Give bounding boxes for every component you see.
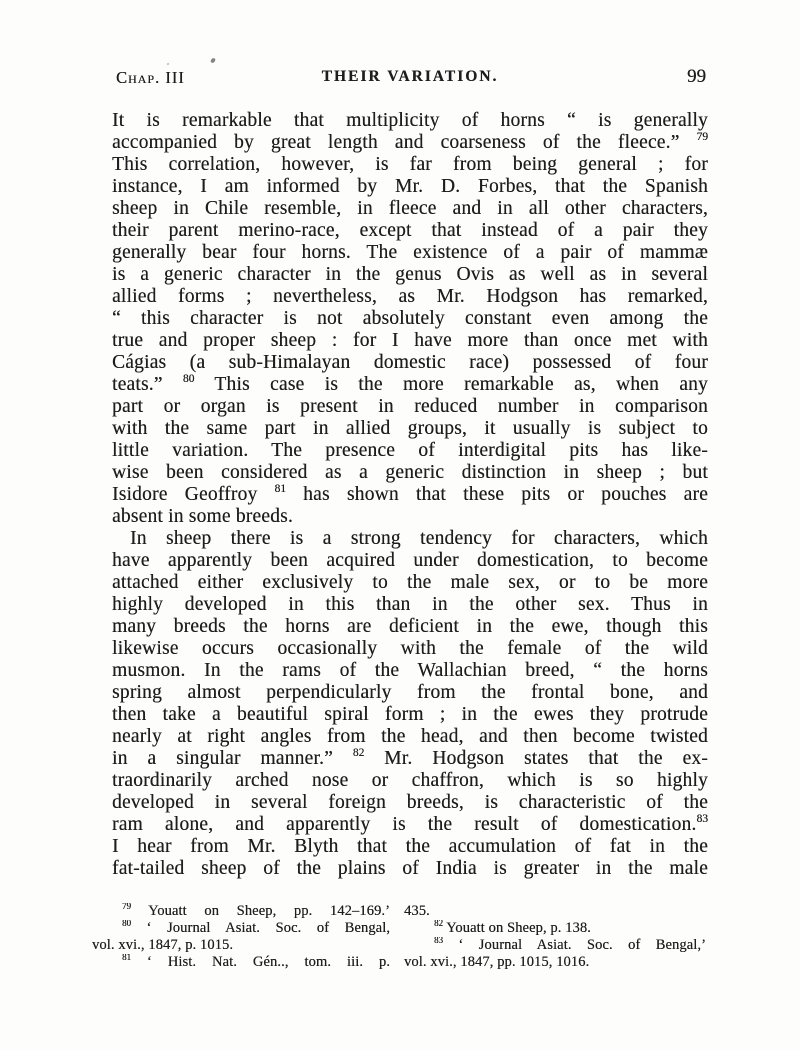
body-line: “ this character is not absolutely const… <box>112 308 708 330</box>
body-line: allied forms ; nevertheless, as Mr. Hodg… <box>112 286 708 308</box>
footnote-line: 81 ‘ Hist. Nat. Gén.., tom. iii. p. <box>92 954 390 971</box>
body-line: true and proper sheep : for I have more … <box>112 330 708 352</box>
footnote-ref: 83 <box>697 814 709 825</box>
footnote-ref: 79 <box>122 903 131 911</box>
body-line: It is remarkable that multiplicity of ho… <box>112 110 708 132</box>
body-line: generally bear four horns. The existence… <box>112 242 708 264</box>
body-line: Cágias (a sub-Himalayan domestic race) p… <box>112 352 708 374</box>
body-line: highly developed in this than in the oth… <box>112 594 708 616</box>
body-line: absent in some breeds. <box>112 506 708 528</box>
body-line: have apparently been acquired under dome… <box>112 550 708 572</box>
chapter-label: Chap. III <box>116 68 185 88</box>
ink-speck <box>167 63 169 65</box>
body-line: many breeds the horns are deficient in t… <box>112 616 708 638</box>
footnote-ref: 80 <box>183 374 195 385</box>
body-line: I hear from Mr. Blyth that the accumulat… <box>112 836 708 858</box>
body-line: their parent merino-race, except that in… <box>112 220 708 242</box>
body-line: fat-tailed sheep of the plains of India … <box>112 858 708 880</box>
page-number: 99 <box>687 66 706 88</box>
footnote-line: 83 ‘ Journal Asiat. Soc. of Bengal,’ <box>404 937 706 954</box>
body-text: It is remarkable that multiplicity of ho… <box>112 110 708 880</box>
footnote-ref: 79 <box>697 132 709 143</box>
footnote-line: 82 Youatt on Sheep, p. 138. <box>404 920 706 937</box>
body-line: teats.” 80 This case is the more remarka… <box>112 374 708 396</box>
body-line: in a singular manner.” 82 Mr. Hodgson st… <box>112 748 708 770</box>
body-line: sheep in Chile resemble, in fleece and i… <box>112 198 708 220</box>
footnote-ref: 82 <box>434 920 443 928</box>
footnote-ref: 82 <box>353 748 365 759</box>
body-line: ram alone, and apparently is the result … <box>112 814 708 836</box>
footnote-ref: 81 <box>122 954 131 962</box>
body-line: developed in several foreign breeds, is … <box>112 792 708 814</box>
footnote-col-left: 79 Youatt on Sheep, pp. 142–169.’80 ‘ Jo… <box>92 903 390 971</box>
footnote-line: 435. <box>404 903 706 920</box>
body-line: Isidore Geoffroy 81 has shown that these… <box>112 484 708 506</box>
body-line: little variation. The presence of interd… <box>112 440 708 462</box>
body-line: with the same part in allied groups, it … <box>112 418 708 440</box>
footnote-col-right: 435.82 Youatt on Sheep, p. 138.83 ‘ Jour… <box>404 903 706 971</box>
footnote-ref: 83 <box>434 937 443 945</box>
book-page: Chap. III THEIR VARIATION. 99 It is rema… <box>0 0 800 1050</box>
footnote-line: 79 Youatt on Sheep, pp. 142–169.’ <box>92 903 390 920</box>
footnote-line: vol. xvi., 1847, p. 1015. <box>92 937 390 954</box>
body-line: In sheep there is a strong tendency for … <box>112 528 708 550</box>
body-line: spring almost perpendicularly from the f… <box>112 682 708 704</box>
footnote-line: 80 ‘ Journal Asiat. Soc. of Bengal, <box>92 920 390 937</box>
body-line: is a generic character in the genus Ovis… <box>112 264 708 286</box>
footnote-line: vol. xvi., 1847, pp. 1015, 1016. <box>404 954 706 971</box>
footnote-ref: 81 <box>275 484 287 495</box>
body-line: wise been considered as a generic distin… <box>112 462 708 484</box>
body-line: then take a beautiful spiral form ; in t… <box>112 704 708 726</box>
body-line: accompanied by great length and coarsene… <box>112 132 708 154</box>
body-line: instance, I am informed by Mr. D. Forbes… <box>112 176 708 198</box>
footnote-ref: 80 <box>122 920 131 928</box>
page-title: THEIR VARIATION. <box>322 68 499 86</box>
ink-speck <box>210 57 216 63</box>
body-line: nearly at right angles from the head, an… <box>112 726 708 748</box>
body-line: likewise occurs occasionally with the fe… <box>112 638 708 660</box>
running-header: Chap. III THEIR VARIATION. 99 <box>112 68 708 92</box>
body-line: This correlation, however, is far from b… <box>112 154 708 176</box>
body-line: attached either exclusively to the male … <box>112 572 708 594</box>
body-line: traordinarily arched nose or chaffron, w… <box>112 770 708 792</box>
body-line: musmon. In the rams of the Wallachian br… <box>112 660 708 682</box>
body-line: part or organ is present in reduced numb… <box>112 396 708 418</box>
